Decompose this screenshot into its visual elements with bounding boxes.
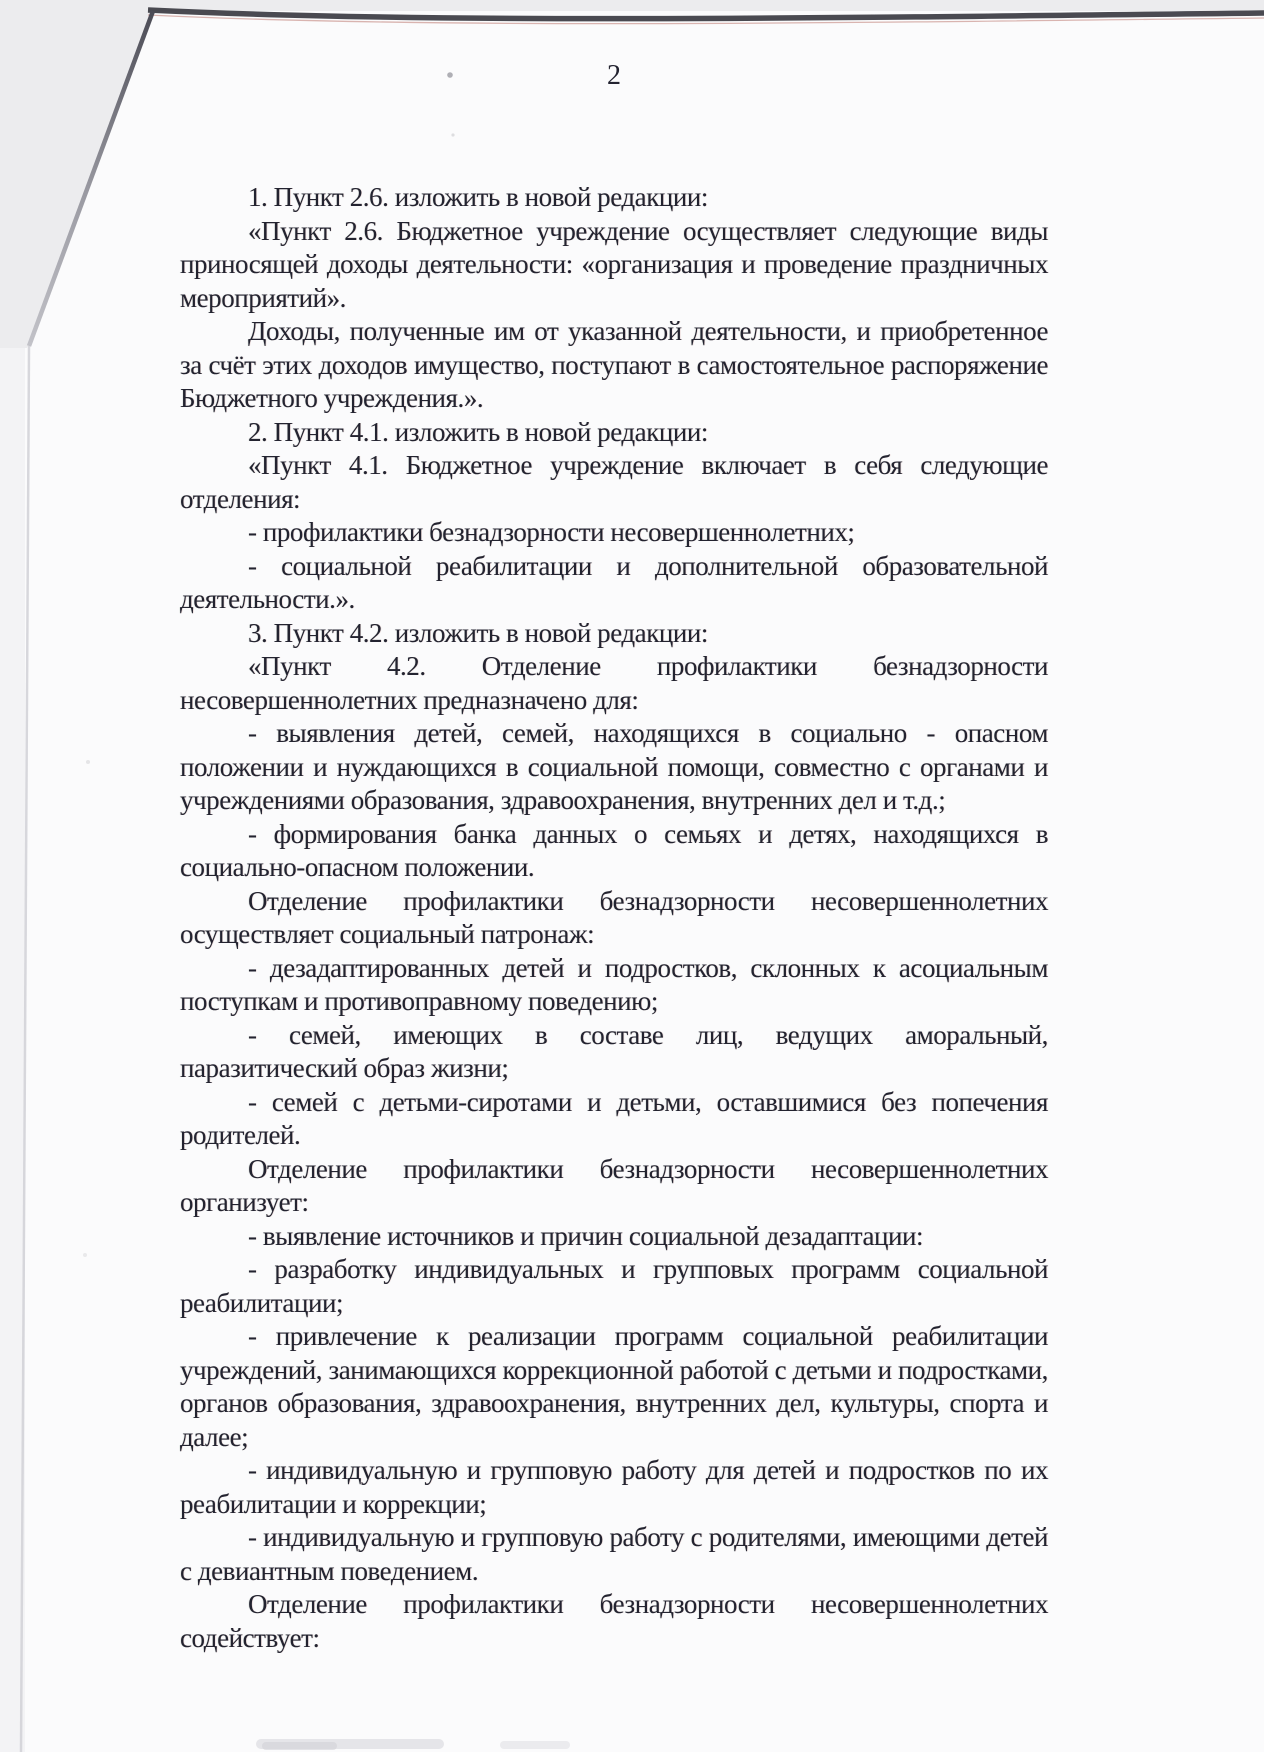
paragraph: - формирования банка данных о семьях и д… bbox=[180, 818, 1048, 885]
scan-smudge bbox=[256, 1739, 444, 1749]
paragraph: Отделение профилактики безнадзорности не… bbox=[180, 885, 1048, 952]
paper-top-edge-fringe bbox=[148, 15, 1264, 24]
paragraph: Отделение профилактики безнадзорности не… bbox=[180, 1588, 1048, 1655]
scan-smudge bbox=[500, 1741, 570, 1749]
paragraph: - разработку индивидуальных и групповых … bbox=[180, 1253, 1048, 1320]
paragraph: - индивидуальную и групповую работу с ро… bbox=[180, 1521, 1048, 1588]
paragraph: Отделение профилактики безнадзорности не… bbox=[180, 1153, 1048, 1220]
ink-speck bbox=[83, 1253, 87, 1257]
paper-corner-fold bbox=[0, 0, 160, 348]
paragraph: - профилактики безнадзорности несовершен… bbox=[180, 516, 1048, 550]
paragraph: - социальной реабилитации и дополнительн… bbox=[180, 550, 1048, 617]
paragraph: - семей с детьми-сиротами и детьми, оста… bbox=[180, 1086, 1048, 1153]
paragraph: «Пункт 2.6. Бюджетное учреждение осущест… bbox=[180, 215, 1048, 316]
paper-corner-edge bbox=[29, 11, 153, 346]
ink-speck bbox=[86, 760, 90, 764]
scanned-document-page: 2 1. Пункт 2.6. изложить в новой редакци… bbox=[0, 0, 1264, 1752]
document-body: 1. Пункт 2.6. изложить в новой редакции:… bbox=[180, 181, 1048, 1655]
paragraph: «Пункт 4.1. Бюджетное учреждение включае… bbox=[180, 449, 1048, 516]
scanner-background-strip bbox=[140, 0, 1264, 11]
paper-left-edge bbox=[21, 346, 29, 1752]
paragraph: - привлечение к реализации программ соци… bbox=[180, 1320, 1048, 1454]
paragraph: - выявление источников и причин социальн… bbox=[180, 1220, 1048, 1254]
paragraph: 3. Пункт 4.2. изложить в новой редакции: bbox=[180, 617, 1048, 651]
page-number: 2 bbox=[180, 60, 1048, 92]
paragraph: - выявления детей, семей, находящихся в … bbox=[180, 717, 1048, 818]
ink-speck bbox=[451, 133, 454, 136]
paragraph: - дезадаптированных детей и подростков, … bbox=[180, 952, 1048, 1019]
paragraph: - семей, имеющих в составе лиц, ведущих … bbox=[180, 1019, 1048, 1086]
paragraph: Доходы, полученные им от указанной деяте… bbox=[180, 315, 1048, 416]
paragraph: 1. Пункт 2.6. изложить в новой редакции: bbox=[180, 181, 1048, 215]
paper-top-edge bbox=[148, 10, 1264, 19]
scan-smudge bbox=[262, 1742, 337, 1750]
paragraph: - индивидуальную и групповую работу для … bbox=[180, 1454, 1048, 1521]
paragraph: 2. Пункт 4.1. изложить в новой редакции: bbox=[180, 416, 1048, 450]
left-margin-strip bbox=[0, 346, 25, 1752]
paragraph: «Пункт 4.2. Отделение профилактики безна… bbox=[180, 650, 1048, 717]
